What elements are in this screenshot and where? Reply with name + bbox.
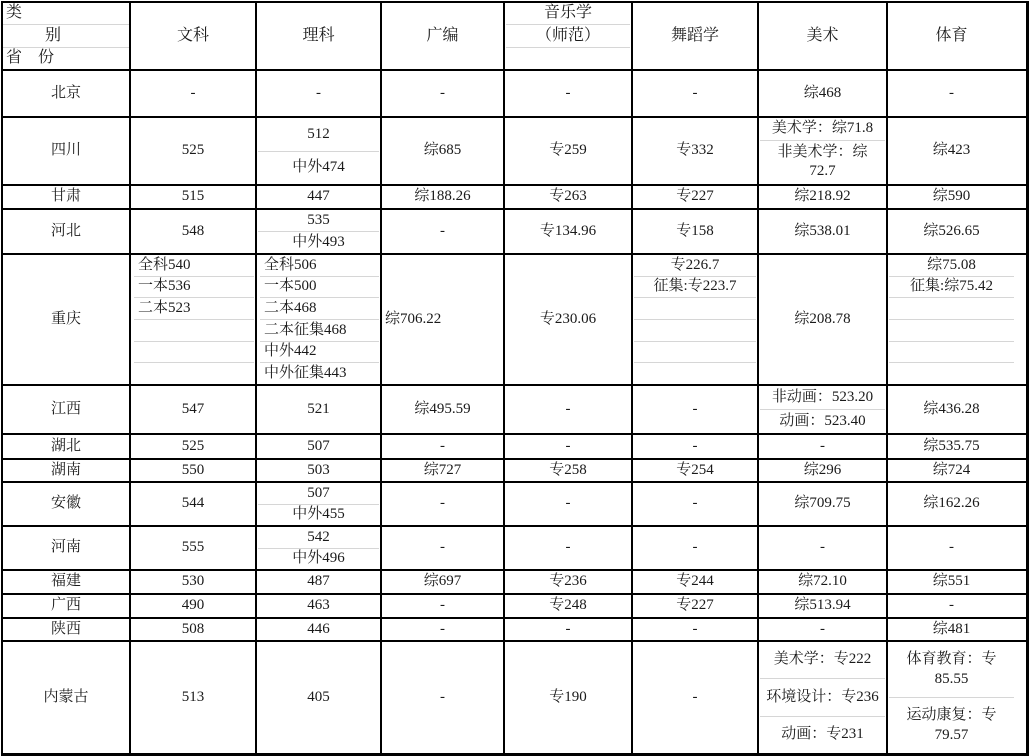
score-cell: 美术学：综71.8非美术学：综72.7	[759, 118, 888, 184]
text-line: 运动康复：专	[906, 706, 996, 726]
score-cell: 综513.94	[759, 595, 888, 617]
score-cell: 525	[131, 435, 257, 458]
table-row: 内蒙古513405-专190-美术学：专222环境设计：专236动画：专231体…	[3, 642, 1026, 753]
score-cell: 508	[131, 619, 257, 640]
score-subrow: 综75.08	[889, 255, 1014, 277]
subrow-group: 音乐学（师范）	[506, 3, 630, 69]
score-subrow: 中外455	[258, 505, 379, 526]
subrow-group: 非动画：523.20动画：523.40	[760, 386, 885, 433]
score-cell: 综706.22	[382, 255, 505, 384]
score-subrow	[134, 342, 254, 364]
score-subrow: 一本500	[260, 277, 379, 299]
header-row: 类别省 份文科理科广编音乐学（师范）舞蹈学美术体育	[3, 3, 1026, 71]
score-subrow: 专226.7	[634, 255, 756, 277]
score-cell: 专259	[505, 118, 633, 184]
score-cell: 综468	[759, 71, 888, 116]
score-cell: 专332	[633, 118, 759, 184]
subrow-group: 507中外455	[258, 483, 379, 525]
score-cell: 专258	[505, 460, 633, 481]
score-cell: 513	[131, 642, 257, 753]
text-line: 体育教育：专	[906, 650, 996, 670]
score-cell: -	[888, 71, 1015, 116]
score-cell: 综535.75	[888, 435, 1015, 458]
score-cell: -	[505, 527, 633, 569]
score-cell: 463	[257, 595, 382, 617]
province-cell: 四川	[3, 118, 131, 184]
score-cell: 专227	[633, 186, 759, 208]
score-subrow	[134, 320, 254, 342]
score-subrow	[134, 363, 254, 384]
score-cell: 544	[131, 483, 257, 525]
score-cell: -	[505, 483, 633, 525]
score-cell: -	[382, 71, 505, 116]
subrow-group: 全科540一本536二本523	[134, 255, 254, 384]
table-row: 福建530487综697专236专244综72.10综551	[3, 571, 1026, 595]
subrow-group: 全科506一本500二本468二本征集468中外442中外征集443	[260, 255, 379, 384]
province-cell: 湖北	[3, 435, 131, 458]
score-subrow: 美术学：专222	[760, 642, 885, 679]
subrow-group: 美术学：专222环境设计：专236动画：专231	[760, 642, 885, 753]
province-cell: 河南	[3, 527, 131, 569]
wrapped-text: 体育教育：专85.55	[906, 650, 996, 689]
table-row: 四川525512中外474综685专259专332美术学：综71.8非美术学：综…	[3, 118, 1026, 186]
score-cell: 专248	[505, 595, 633, 617]
score-subrow: 征集:专223.7	[634, 277, 756, 299]
score-subrow: 环境设计：专236	[760, 679, 885, 716]
score-cell: 全科540一本536二本523	[131, 255, 257, 384]
score-cell: -	[382, 483, 505, 525]
score-cell: -	[633, 71, 759, 116]
score-cell: 专134.96	[505, 210, 633, 253]
score-cell: 综727	[382, 460, 505, 481]
score-cell: -	[382, 642, 505, 753]
score-cell: 综590	[888, 186, 1015, 208]
score-cell: 综709.75	[759, 483, 888, 525]
column-header: 理科	[257, 3, 382, 69]
score-cell: 综188.26	[382, 186, 505, 208]
score-cell: -	[633, 386, 759, 433]
score-cell: 447	[257, 186, 382, 208]
score-cell: 专227	[633, 595, 759, 617]
score-subrow: 体育教育：专85.55	[889, 642, 1014, 698]
score-subrow: 二本征集468	[260, 320, 379, 342]
score-cell: -	[131, 71, 257, 116]
score-cell: 综162.26	[888, 483, 1015, 525]
score-cell: 专254	[633, 460, 759, 481]
score-cell: 555	[131, 527, 257, 569]
score-subrow: 中外496	[258, 549, 379, 570]
score-subrow	[889, 298, 1014, 320]
score-cell: 综724	[888, 460, 1015, 481]
province-cell: 河北	[3, 210, 131, 253]
table-row: 广西490463-专248专227综513.94-	[3, 595, 1026, 619]
score-subrow	[889, 342, 1014, 364]
province-cell: 安徽	[3, 483, 131, 525]
score-cell: 综481	[888, 619, 1015, 640]
score-cell: 405	[257, 642, 382, 753]
province-cell: 北京	[3, 71, 131, 116]
score-cell: -	[382, 435, 505, 458]
score-subrow: 音乐学	[506, 3, 630, 25]
score-cell: 综436.28	[888, 386, 1015, 433]
province-cell: 湖南	[3, 460, 131, 481]
score-cell: 512中外474	[257, 118, 382, 184]
score-cell: 专230.06	[505, 255, 633, 384]
table-row: 河南555542中外496-----	[3, 527, 1026, 571]
table-row: 重庆全科540一本536二本523全科506一本500二本468二本征集468中…	[3, 255, 1026, 386]
subrow-group: 美术学：综71.8非美术学：综72.7	[760, 118, 885, 184]
score-cell: 综538.01	[759, 210, 888, 253]
score-subrow	[506, 48, 630, 69]
score-cell: -	[633, 435, 759, 458]
table-row: 湖南550503综727专258专254综296综724	[3, 460, 1026, 483]
score-subrow: 一本536	[134, 277, 254, 299]
score-cell: 487	[257, 571, 382, 593]
score-cell: 446	[257, 619, 382, 640]
score-cell: 548	[131, 210, 257, 253]
score-cell: 525	[131, 118, 257, 184]
score-subrow: 非美术学：综72.7	[760, 141, 885, 184]
table-row: 江西547521综495.59--非动画：523.20动画：523.40综436…	[3, 386, 1026, 435]
score-subrow: 中外493	[258, 232, 379, 253]
score-cell: -	[759, 527, 888, 569]
table-row: 甘肃515447综188.26专263专227综218.92综590	[3, 186, 1026, 210]
score-cell: 542中外496	[257, 527, 382, 569]
score-subrow	[889, 363, 1014, 384]
text-line: 85.55	[935, 670, 969, 690]
column-header: 音乐学（师范）	[505, 3, 633, 69]
subrow-group: 542中外496	[258, 527, 379, 569]
score-cell: 综218.92	[759, 186, 888, 208]
score-cell: -	[382, 619, 505, 640]
subrow-group: 体育教育：专85.55运动康复：专79.57	[889, 642, 1014, 753]
score-cell: 体育教育：专85.55运动康复：专79.57	[888, 642, 1015, 753]
table-row: 北京-----综468-	[3, 71, 1026, 118]
score-cell: 综685	[382, 118, 505, 184]
score-cell: -	[888, 595, 1015, 617]
score-cell: 490	[131, 595, 257, 617]
score-subrow: 二本523	[134, 298, 254, 320]
score-cell: 专263	[505, 186, 633, 208]
subrow-group: 综75.08征集:综75.42	[889, 255, 1014, 384]
score-subrow: 美术学：综71.8	[760, 118, 885, 141]
score-cell: 全科506一本500二本468二本征集468中外442中外征集443	[257, 255, 382, 384]
score-cell: -	[505, 71, 633, 116]
score-cell: 综423	[888, 118, 1015, 184]
score-cell: 综495.59	[382, 386, 505, 433]
score-subrow: 中外征集443	[260, 363, 379, 384]
score-cell: 美术学：专222环境设计：专236动画：专231	[759, 642, 888, 753]
score-cell: 专158	[633, 210, 759, 253]
score-cell: 综296	[759, 460, 888, 481]
score-cell: 515	[131, 186, 257, 208]
text-line: 72.7	[809, 162, 835, 182]
province-cell: 广西	[3, 595, 131, 617]
province-cell: 甘肃	[3, 186, 131, 208]
score-cell: 503	[257, 460, 382, 481]
score-subrow: 中外442	[260, 342, 379, 364]
text-line: 非美术学：综	[777, 143, 867, 163]
score-subrow: 507	[258, 483, 379, 505]
wrapped-text: 非美术学：综72.7	[777, 143, 867, 182]
score-cell: -	[633, 527, 759, 569]
province-cell: 陕西	[3, 619, 131, 640]
province-cell: 重庆	[3, 255, 131, 384]
score-subrow: 535	[258, 210, 379, 232]
score-cell: -	[505, 619, 633, 640]
corner-header-cell: 类别省 份	[3, 3, 131, 69]
score-cell: 综551	[888, 571, 1015, 593]
score-cell: -	[382, 527, 505, 569]
corner-line: 类	[3, 3, 129, 25]
score-cell: 535中外493	[257, 210, 382, 253]
province-cell: 内蒙古	[3, 642, 131, 753]
score-cell: 综526.65	[888, 210, 1015, 253]
province-cell: 江西	[3, 386, 131, 433]
score-cell: -	[505, 435, 633, 458]
score-cell: -	[759, 435, 888, 458]
score-cell: 507中外455	[257, 483, 382, 525]
text-line: 79.57	[935, 726, 969, 746]
score-cell: -	[759, 619, 888, 640]
province-cell: 福建	[3, 571, 131, 593]
score-cell: 521	[257, 386, 382, 433]
score-subrow	[889, 320, 1014, 342]
admission-scores-table: 类别省 份文科理科广编音乐学（师范）舞蹈学美术体育北京-----综468-四川5…	[1, 1, 1029, 756]
score-subrow	[634, 298, 756, 320]
score-cell: 专190	[505, 642, 633, 753]
score-subrow: 中外474	[258, 152, 379, 185]
score-subrow: 运动康复：专79.57	[889, 698, 1014, 753]
score-subrow: 542	[258, 527, 379, 549]
score-cell: 综75.08征集:综75.42	[888, 255, 1015, 384]
score-cell: 综697	[382, 571, 505, 593]
column-header: 广编	[382, 3, 505, 69]
corner-line: 省 份	[3, 48, 129, 69]
score-cell: 547	[131, 386, 257, 433]
score-subrow: 全科506	[260, 255, 379, 277]
table-row: 湖北525507----综535.75	[3, 435, 1026, 460]
score-cell: 非动画：523.20动画：523.40	[759, 386, 888, 433]
score-cell: -	[257, 71, 382, 116]
score-cell: -	[382, 595, 505, 617]
score-subrow	[634, 363, 756, 384]
score-cell: -	[382, 210, 505, 253]
score-cell: -	[505, 386, 633, 433]
score-subrow: 二本468	[260, 298, 379, 320]
column-header: 舞蹈学	[633, 3, 759, 69]
score-cell: 专226.7征集:专223.7	[633, 255, 759, 384]
score-subrow: 512	[258, 118, 379, 152]
score-subrow: 动画：523.40	[760, 410, 885, 433]
score-cell: 530	[131, 571, 257, 593]
score-subrow: 征集:综75.42	[889, 277, 1014, 299]
score-subrow	[634, 342, 756, 364]
column-header: 美术	[759, 3, 888, 69]
subrow-group: 535中外493	[258, 210, 379, 253]
score-subrow	[634, 320, 756, 342]
table-row: 陕西508446----综481	[3, 619, 1026, 642]
wrapped-text: 运动康复：专79.57	[906, 706, 996, 745]
score-subrow: 动画：专231	[760, 717, 885, 753]
column-header: 文科	[131, 3, 257, 69]
score-cell: 综208.78	[759, 255, 888, 384]
score-cell: 550	[131, 460, 257, 481]
score-cell: 专244	[633, 571, 759, 593]
table-row: 安徽544507中外455---综709.75综162.26	[3, 483, 1026, 527]
score-subrow: 全科540	[134, 255, 254, 277]
score-cell: -	[633, 619, 759, 640]
score-cell: -	[633, 483, 759, 525]
column-header: 体育	[888, 3, 1015, 69]
score-cell: 专236	[505, 571, 633, 593]
table-row: 河北548535中外493-专134.96专158综538.01综526.65	[3, 210, 1026, 255]
score-cell: 综72.10	[759, 571, 888, 593]
score-cell: 507	[257, 435, 382, 458]
score-cell: -	[633, 642, 759, 753]
subrow-group: 专226.7征集:专223.7	[634, 255, 756, 384]
score-subrow: 非动画：523.20	[760, 386, 885, 410]
subrow-group: 512中外474	[258, 118, 379, 184]
score-cell: -	[888, 527, 1015, 569]
corner-line: 别	[3, 25, 129, 47]
score-subrow: （师范）	[506, 25, 630, 47]
